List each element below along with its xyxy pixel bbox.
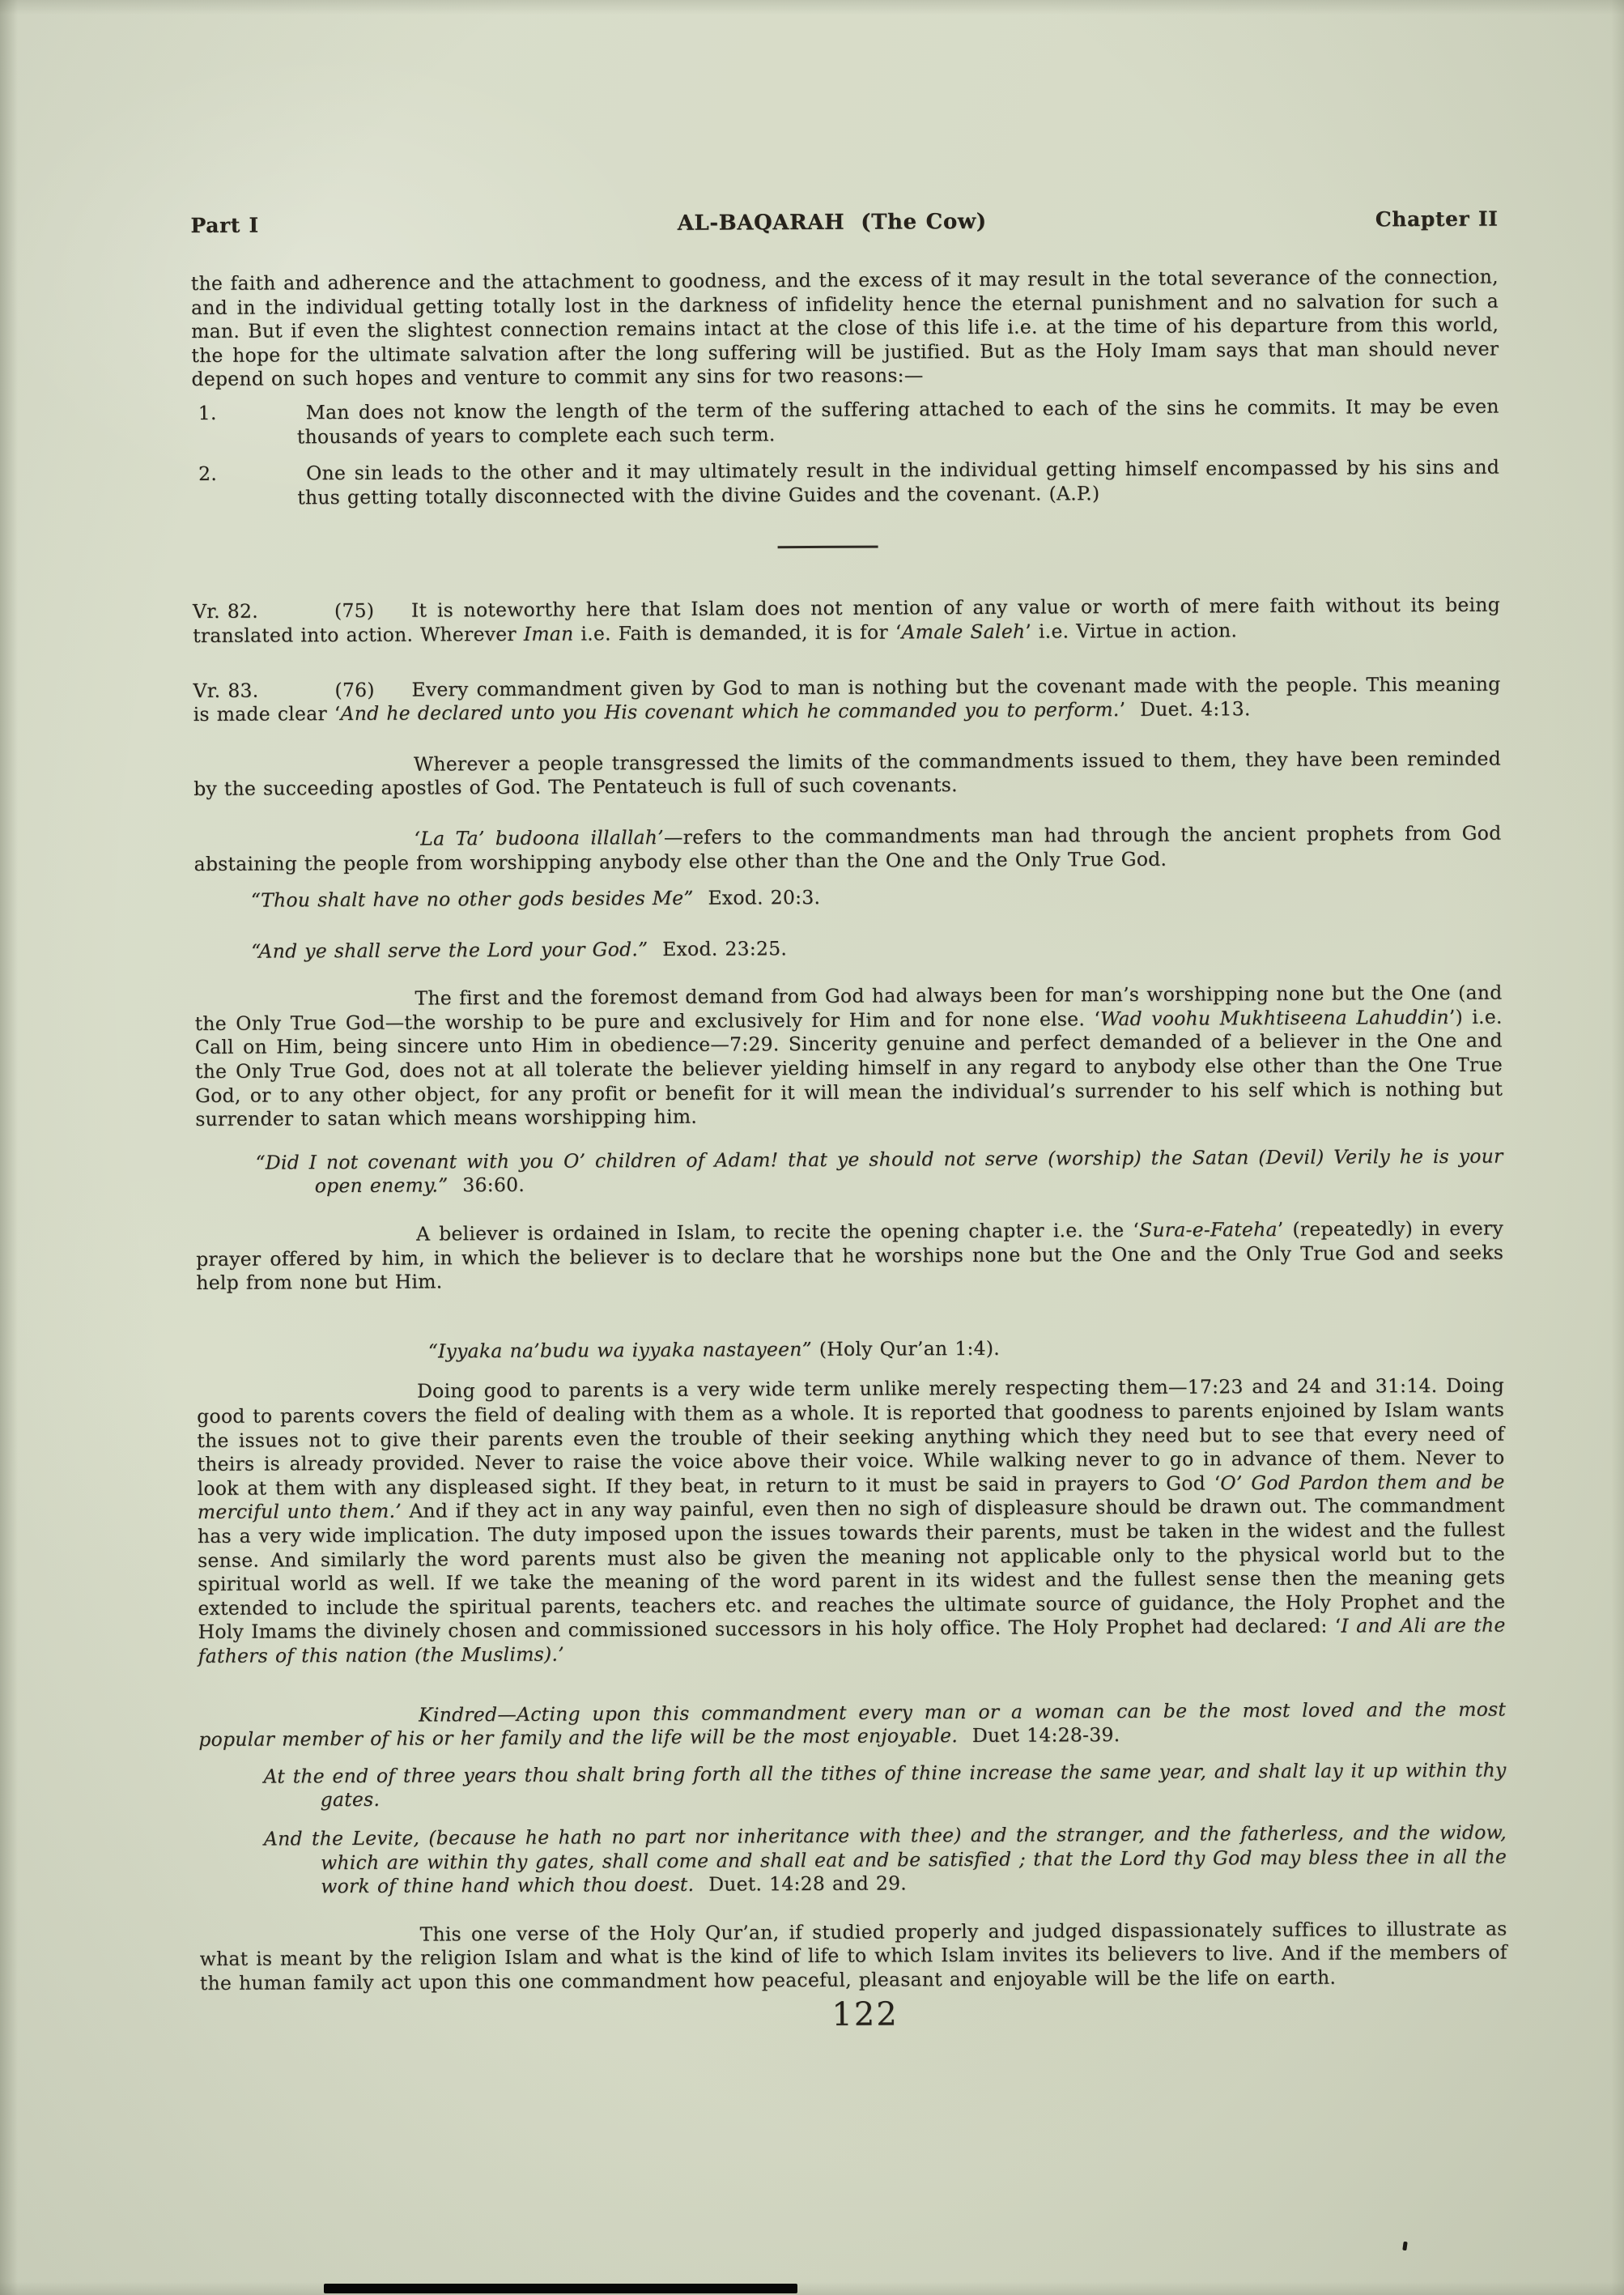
paragraph-sura-e-fateha: A believer is ordained in Islam, to reci… [196,1217,1503,1296]
text-run: Duet 14:28-39. [958,1723,1120,1747]
surah-translation: (The Cow) [861,210,987,235]
page-title: AL-BAQARAH(The Cow) [678,208,987,237]
page-number: 122 [211,2000,1519,2031]
list-item-number: 2. [248,462,306,486]
text-run: A believer is ordained in Islam, to reci… [416,1219,1139,1245]
paragraph-la-ta-budoona: ‘La Ta’ budoona illallah’—refers to the … [193,821,1501,876]
verse-number: (76) [334,678,411,702]
text-run: Man does not know the length of the term… [297,395,1499,448]
italic-text-run: Kindred—Acting upon this commandment eve… [198,1697,1506,1751]
text-run: (Holy Qur’an 1:4). [812,1337,1000,1360]
quote-exodus-23-25: “And ye shall serve the Lord your God.” … [251,933,1502,964]
text-run: Exod. 20:3. [694,886,821,909]
part-label: Part I [190,212,258,240]
text-run: Duet. 14:28 and 29. [694,1871,907,1895]
italic-text-run: “Iyyaka na’budu wa iyyaka nastayeen” [428,1338,812,1362]
italic-text-run: And he declared unto you His covenant wh… [340,698,1119,725]
list-item-2: 2.One sin leads to the other and it may … [192,456,1499,511]
text-run: Wherever a people transgressed the limit… [193,747,1501,800]
text-run: One sin leads to the other and it may ul… [297,456,1499,509]
verse-label: Vr. 82. [193,599,334,624]
italic-text-run: ‘La Ta’ budoona illallah’ [414,826,664,850]
italic-text-run: At the end of three years thou shalt bri… [263,1758,1506,1811]
paragraph-doing-good-to-parents: Doing good to parents is a very wide ter… [197,1374,1506,1669]
text-run: 36:60. [448,1173,525,1196]
text-column: Part I AL-BAQARAH(The Cow) Chapter II th… [190,206,1507,2031]
list-item-number: 1. [248,401,306,425]
surah-name: AL-BAQARAH [678,211,845,236]
text-run: Exod. 23:25. [648,937,787,960]
verse-82-note: Vr. 82.(75)It is noteworthy here that Is… [193,594,1500,649]
paragraph-kindred: Kindred—Acting upon this commandment eve… [198,1697,1506,1752]
page-body: Part I AL-BAQARAH(The Cow) Chapter II th… [0,0,1624,2295]
italic-text-run: “Did I not covenant with you O’ children… [255,1144,1503,1197]
italic-text-run: Wad voohu Mukhtiseena Lahuddin [1100,1006,1449,1030]
italic-text-run: Amale Saleh [901,620,1025,644]
text-run: i.e. Faith is demanded, it is for ‘ [573,620,901,645]
italic-text-run: “Thou shalt have no other gods besides M… [251,887,694,912]
text-run: —refers to the commandments man had thro… [194,821,1502,875]
quote-quran-36-60: “Did I not covenant with you O’ children… [314,1144,1503,1199]
italic-text-run: Sura-e-Fateha [1139,1218,1278,1241]
text-block: the faith and adherence and the attachme… [191,266,1507,1996]
italic-text-run: “And ye shall serve the Lord your God.” [251,938,648,963]
closing-paragraph: This one verse of the Holy Qur’an, if st… [199,1917,1507,1995]
list-item-1: 1.Man does not know the length of the te… [192,395,1499,450]
text-run: ’ i.e. Virtue in action. [1025,619,1237,642]
text-run: This one verse of the Holy Qur’an, if st… [200,1917,1507,1995]
section-divider [778,546,878,549]
scan-artifact-bar [324,2284,797,2293]
quote-deut-levite: And the Levite, (because he hath no part… [321,1820,1507,1898]
paragraph-first-demand: The first and the foremost demand from G… [194,981,1503,1132]
scanned-book-page: Part I AL-BAQARAH(The Cow) Chapter II th… [0,0,1624,2295]
verse-label: Vr. 83. [193,679,334,704]
running-header: Part I AL-BAQARAH(The Cow) Chapter II [190,206,1498,240]
opening-paragraph: the faith and adherence and the attachme… [191,266,1499,392]
text-run: ’ Duet. 4:13. [1120,697,1251,721]
quote-exodus-20-3: “Thou shalt have no other gods besides M… [251,883,1502,913]
verse-83-note: Vr. 83.(76)Every commandment given by Go… [193,672,1500,727]
verse-number: (75) [334,599,411,624]
paragraph-transgression: Wherever a people transgressed the limit… [193,747,1501,802]
italic-text-run: Iman [524,622,574,645]
quote-deut-tithes: At the end of three years thou shalt bri… [320,1758,1506,1812]
chapter-label: Chapter II [1375,206,1499,234]
text-run: the faith and adherence and the attachme… [191,266,1499,391]
quote-quran-1-4: “Iyyaka na’budu wa iyyaka nastayeen” (Ho… [428,1334,1504,1364]
